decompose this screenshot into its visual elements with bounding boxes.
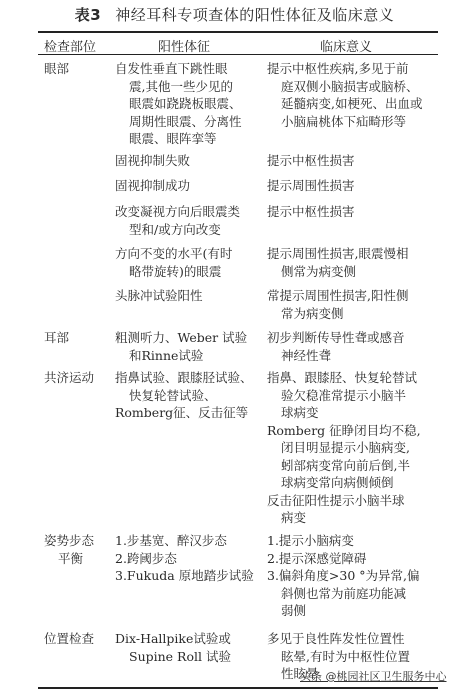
cell-meaning: 初步判断传导性聋或感音神经性聋 bbox=[267, 329, 435, 364]
cell-meaning-line: 斜侧也常为前庭功能减 bbox=[267, 585, 435, 603]
cell-meaning-line: 延髓病变,如梗死、出血或 bbox=[267, 95, 435, 113]
cell-meaning-line: 闭目明显提示小脑病变, bbox=[267, 439, 435, 457]
cell-meaning: 提示中枢性损害 bbox=[267, 152, 435, 170]
cell-site-line: 眼部 bbox=[44, 60, 104, 78]
cell-site: 共济运动 bbox=[44, 369, 104, 387]
cell-sign-line: Supine Roll 试验 bbox=[115, 648, 263, 666]
cell-sign-line: 眼震、眼阵挛等 bbox=[115, 130, 263, 148]
cell-sign-line: 略带旋转)的眼震 bbox=[115, 263, 263, 281]
cell-sign-line: 固视抑制失败 bbox=[115, 152, 263, 170]
cell-meaning-line: 侧常为病变侧 bbox=[267, 263, 435, 281]
cell-site: 眼部 bbox=[44, 60, 104, 78]
cell-meaning-line: 小脑扁桃体下疝畸形等 bbox=[267, 113, 435, 131]
cell-sign-line: 头脉冲试验阳性 bbox=[115, 287, 263, 305]
cell-sign-line: 震,其他一些少见的 bbox=[115, 78, 263, 96]
cell-sign: 改变凝视方向后眼震类型和/或方向改变 bbox=[115, 203, 263, 238]
cell-meaning-line: 反击征阳性提示小脑半球 bbox=[267, 492, 435, 510]
bottom-rule bbox=[38, 687, 438, 689]
cell-site: 耳部 bbox=[44, 329, 104, 347]
cell-meaning-line: 常提示周围性损害,阳性侧 bbox=[267, 287, 435, 305]
cell-sign: 自发性垂直下跳性眼震,其他一些少见的眼震如跷跷板眼震、周期性眼震、分离性眼震、眼… bbox=[115, 60, 263, 148]
cell-sign-line: 1.步基宽、醉汉步态 bbox=[115, 532, 263, 550]
cell-sign: 指鼻试验、跟膝胫试验、快复轮替试验、Romberg征、反击征等 bbox=[115, 369, 263, 422]
table-title-text: 神经耳科专项查体的阳性体征及临床意义 bbox=[115, 6, 394, 24]
cell-sign-line: 改变凝视方向后眼震类 bbox=[115, 203, 263, 221]
cell-meaning: 1.提示小脑病变2.提示深感觉障碍3.偏斜角度>30 °为异常,偏斜侧也常为前庭… bbox=[267, 532, 435, 620]
cell-meaning-line: 3.偏斜角度>30 °为异常,偏 bbox=[267, 567, 435, 585]
cell-sign: 固视抑制成功 bbox=[115, 177, 263, 195]
cell-meaning-line: 提示周围性损害 bbox=[267, 177, 435, 195]
cell-meaning-line: 2.提示深感觉障碍 bbox=[267, 550, 435, 568]
cell-sign-line: 指鼻试验、跟膝胫试验、 bbox=[115, 369, 263, 387]
cell-site: 姿势步态平衡 bbox=[44, 532, 104, 567]
cell-sign-line: 和Rinne试验 bbox=[115, 347, 263, 365]
cell-sign: 固视抑制失败 bbox=[115, 152, 263, 170]
cell-meaning-line: 常为病变侧 bbox=[267, 305, 435, 323]
cell-meaning-line: 病变 bbox=[267, 509, 435, 527]
cell-meaning-line: 多见于良性阵发性位置性 bbox=[267, 630, 435, 648]
cell-meaning-line: 神经性聋 bbox=[267, 347, 435, 365]
cell-meaning-line: 球病变 bbox=[267, 404, 435, 422]
cell-meaning-line: 弱侧 bbox=[267, 602, 435, 620]
cell-meaning-line: 初步判断传导性聋或感音 bbox=[267, 329, 435, 347]
cell-meaning-line: 提示中枢性损害 bbox=[267, 152, 435, 170]
cell-meaning-line: 眩晕,有时为中枢性位置 bbox=[267, 648, 435, 666]
cell-sign-line: 型和/或方向改变 bbox=[115, 221, 263, 239]
cell-meaning-line: 指鼻、跟膝胫、快复轮替试 bbox=[267, 369, 435, 387]
cell-sign-line: 2.跨阈步态 bbox=[115, 550, 263, 568]
cell-sign-line: 周期性眼震、分离性 bbox=[115, 113, 263, 131]
cell-meaning: 提示中枢性损害 bbox=[267, 203, 435, 221]
cell-meaning-line: 蚓部病变常向前后倒,半 bbox=[267, 457, 435, 475]
cell-meaning: 提示中枢性疾病,多见于前庭双侧小脑损害或脑桥、延髓病变,如梗死、出血或小脑扁桃体… bbox=[267, 60, 435, 130]
top-rule bbox=[38, 31, 438, 33]
cell-sign-line: Romberg征、反击征等 bbox=[115, 404, 263, 422]
cell-sign-line: 粗测听力、Weber 试验 bbox=[115, 329, 263, 347]
cell-sign: 头脉冲试验阳性 bbox=[115, 287, 263, 305]
cell-sign: 方向不变的水平(有时略带旋转)的眼震 bbox=[115, 245, 263, 280]
cell-sign-line: 自发性垂直下跳性眼 bbox=[115, 60, 263, 78]
cell-site-line: 位置检查 bbox=[44, 630, 104, 648]
header-meaning: 临床意义 bbox=[320, 36, 372, 55]
header-site: 检查部位 bbox=[44, 36, 96, 55]
cell-meaning: 常提示周围性损害,阳性侧常为病变侧 bbox=[267, 287, 435, 322]
cell-meaning-line: 提示中枢性损害 bbox=[267, 203, 435, 221]
cell-sign: 粗测听力、Weber 试验和Rinne试验 bbox=[115, 329, 263, 364]
cell-meaning-line: 提示中枢性疾病,多见于前 bbox=[267, 60, 435, 78]
cell-sign-line: 3.Fukuda 原地踏步试验 bbox=[115, 567, 263, 585]
watermark: 头条 @桃园社区卫生服务中心 bbox=[300, 668, 447, 684]
cell-site-line: 平衡 bbox=[44, 550, 104, 568]
cell-site-line: 共济运动 bbox=[44, 369, 104, 387]
cell-sign-line: 眼震如跷跷板眼震、 bbox=[115, 95, 263, 113]
cell-meaning-line: 庭双侧小脑损害或脑桥、 bbox=[267, 78, 435, 96]
cell-meaning: 提示周围性损害,眼震慢相侧常为病变侧 bbox=[267, 245, 435, 280]
cell-sign: Dix-Hallpike试验或Supine Roll 试验 bbox=[115, 630, 263, 665]
cell-meaning-line: 球病变常向病侧倾倒 bbox=[267, 474, 435, 492]
cell-sign: 1.步基宽、醉汉步态2.跨阈步态3.Fukuda 原地踏步试验 bbox=[115, 532, 263, 585]
cell-sign-line: Dix-Hallpike试验或 bbox=[115, 630, 263, 648]
table-title: 表3神经耳科专项查体的阳性体征及临床意义 bbox=[0, 4, 469, 25]
cell-meaning-line: 提示周围性损害,眼震慢相 bbox=[267, 245, 435, 263]
header-rule bbox=[38, 54, 438, 55]
cell-site-line: 耳部 bbox=[44, 329, 104, 347]
cell-meaning-line: 验欠稳准常提示小脑半 bbox=[267, 387, 435, 405]
cell-meaning: 提示周围性损害 bbox=[267, 177, 435, 195]
cell-meaning: 指鼻、跟膝胫、快复轮替试验欠稳准常提示小脑半球病变Romberg 征睁闭目均不稳… bbox=[267, 369, 435, 527]
cell-site-line: 姿势步态 bbox=[44, 532, 104, 550]
cell-meaning-line: 1.提示小脑病变 bbox=[267, 532, 435, 550]
cell-site: 位置检查 bbox=[44, 630, 104, 648]
header-sign: 阳性体征 bbox=[158, 36, 210, 55]
cell-meaning-line: Romberg 征睁闭目均不稳, bbox=[267, 422, 435, 440]
cell-sign-line: 快复轮替试验、 bbox=[115, 387, 263, 405]
cell-sign-line: 方向不变的水平(有时 bbox=[115, 245, 263, 263]
table-number: 表3 bbox=[75, 6, 101, 24]
cell-sign-line: 固视抑制成功 bbox=[115, 177, 263, 195]
